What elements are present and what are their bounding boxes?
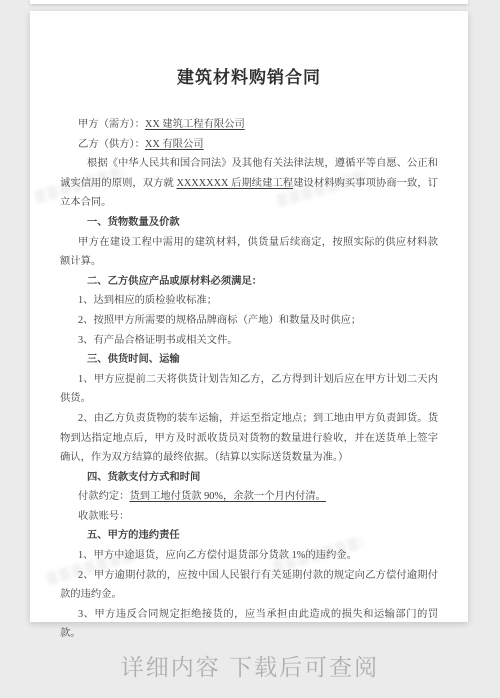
preview-canvas: 建筑材料购销合同 甲方（需方）：XX 建筑工程有限公司 乙方（供方）：XX 有限… xyxy=(0,0,500,698)
party-a-line: 甲方（需方）：XX 建筑工程有限公司 xyxy=(60,115,438,135)
party-b-label: 乙方（供方）： xyxy=(78,139,145,150)
section-2-item: 2、按照甲方所需要的规格品牌商标（产地）和数量及时供应； xyxy=(60,311,438,331)
section-1-body: 甲方在建设工程中需用的建筑材料，供货量后续商定，按照实际的供应材料款额计算。 xyxy=(60,233,438,272)
section-5-heading: 五、甲方的违约责任 xyxy=(60,526,438,546)
section-2-heading: 二、乙方供应产品或原材料必须满足： xyxy=(60,272,438,292)
preamble-paragraph: 根据《中华人民共和国合同法》及其他有关法律法规，遵循平等自愿、公正和诚实信用的原… xyxy=(60,154,438,213)
section-3-item: 1、甲方应提前二天将供货计划告知乙方，乙方得到计划后应在甲方计划二天内供货。 xyxy=(60,370,438,409)
party-a-value: XX 建筑工程有限公司 xyxy=(145,119,245,130)
previous-page-edge xyxy=(30,0,468,4)
section-5-item: 2、甲方逾期付款的，应按中国人民银行有关延期付款的规定向乙方偿付逾期付款的违约金… xyxy=(60,566,438,605)
section-5-item: 3、甲方违反合同规定拒绝接货的，应当承担由此造成的损失和运输部门的罚款。 xyxy=(60,605,438,644)
section-4-heading: 四、货款支付方式和时间 xyxy=(60,468,438,488)
section-2-item: 1、达到相应的质检验收标准； xyxy=(60,291,438,311)
section-3-item: 2、由乙方负责货物的装车运输，并运至指定地点；到工地由甲方负责卸货。货物到达指定… xyxy=(60,409,438,468)
section-3-heading: 三、供货时间、运输 xyxy=(60,350,438,370)
payment-terms-line: 付款约定：货到工地付货款 90%，余款一个月内付清。 xyxy=(60,487,438,507)
payment-label: 付款约定： xyxy=(78,491,129,502)
party-a-label: 甲方（需方）： xyxy=(78,119,145,130)
document-title: 建筑材料购销合同 xyxy=(60,63,438,88)
payment-value: 货到工地付货款 90%，余款一个月内付清。 xyxy=(129,491,326,502)
section-2-item: 3、有产品合格证明书或相关文件。 xyxy=(60,331,438,351)
section-5-item: 1、甲方中途退货，应向乙方偿付退货部分货款 1%的违约金。 xyxy=(60,546,438,566)
party-b-value: XX 有限公司 xyxy=(145,139,204,150)
footer-note: 详细内容 下载后可查阅 xyxy=(0,649,500,682)
section-1-heading: 一、货物数量及价款 xyxy=(60,213,438,233)
account-number-line: 收款账号： xyxy=(60,507,438,527)
contract-page[interactable]: 建筑材料购销合同 甲方（需方）：XX 建筑工程有限公司 乙方（供方）：XX 有限… xyxy=(30,11,468,622)
party-b-line: 乙方（供方）：XX 有限公司 xyxy=(60,135,438,155)
preamble-underlined-project: XXXXXXX 后期续建工程 xyxy=(176,178,293,189)
